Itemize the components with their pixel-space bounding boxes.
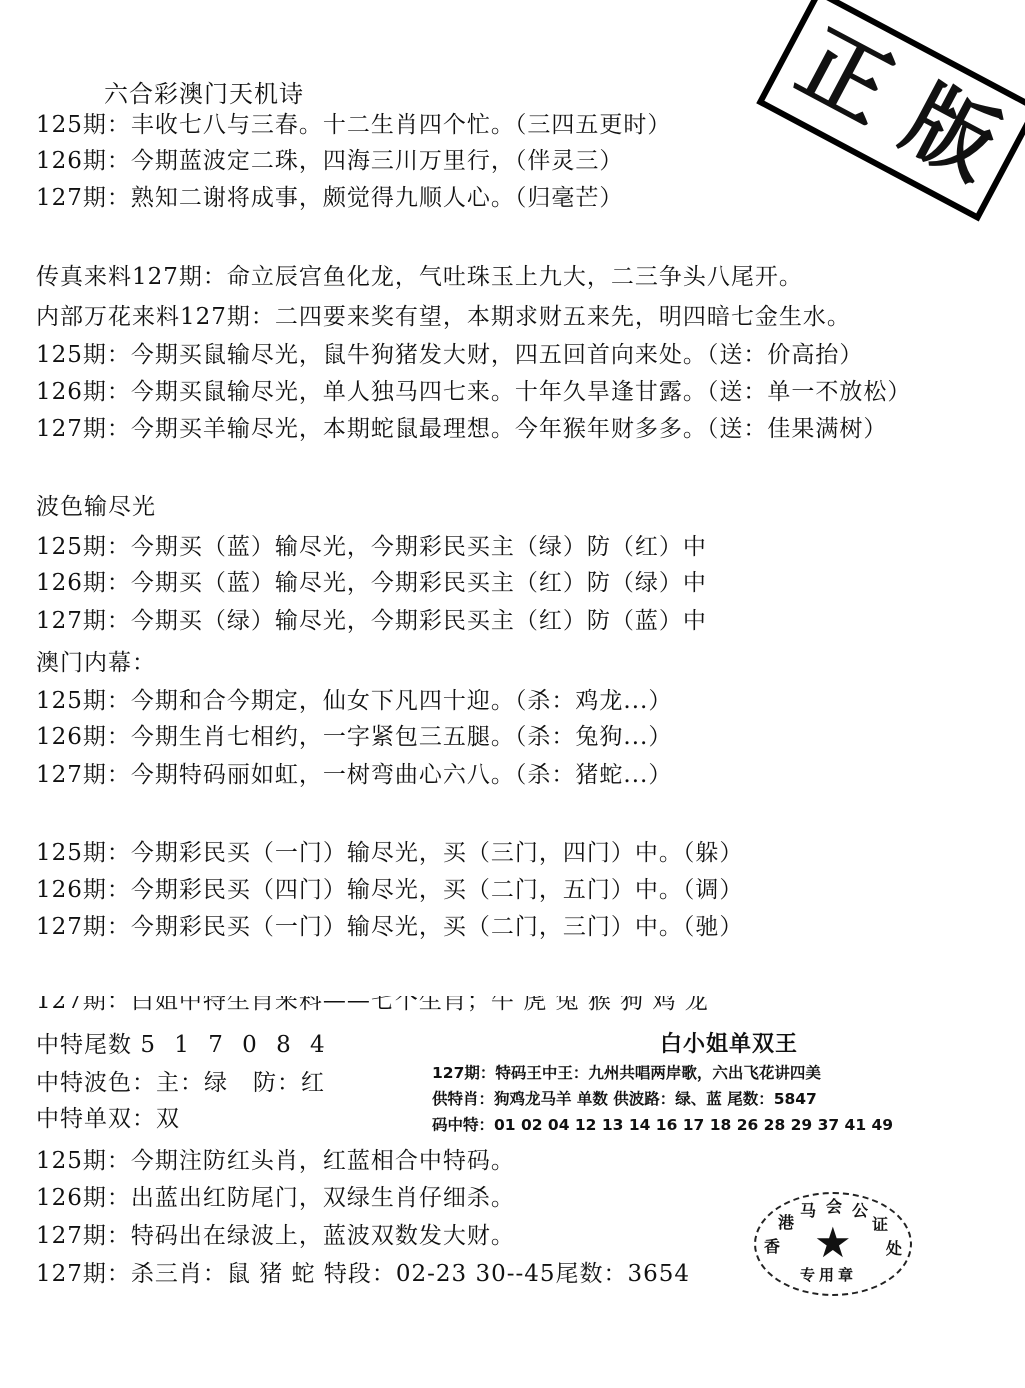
poem-line: 125期：丰收七八与三春。十二生肖四个忙。（三四五更时） [36, 110, 671, 140]
stamp-char: 版 [891, 74, 1010, 193]
gate-line: 125期：今期彩民买（一门）输尽光，买（三门，四门）中。（躲） [36, 838, 743, 868]
wave-line: 127期：今期买（绿）输尽光，今期彩民买主（红）防（蓝）中 [36, 606, 774, 636]
poem-line: 127期：熟知二谢将成事，颇觉得九顺人心。（归毫芒） [36, 183, 623, 213]
internal-material: 内部万花来料127期：二四要来奖有望，本期求财五来先，明四暗七金生水。 [36, 302, 851, 332]
wave-line: 125期：今期买（蓝）输尽光，今期彩民买主（绿）防（红）中 [36, 532, 774, 562]
star-icon: ★ [814, 1222, 852, 1264]
bai-xiaojie-line: 127期：特码王中王：九州共唱两岸歌，六出飞花讲四美 [432, 1062, 821, 1084]
poem-line: 126期：今期蓝波定二珠，四海三川万里行，（伴灵三） [36, 146, 623, 176]
baijie-zodiac-line: 127期：白姐中特生肖来料——七个生肖；牛 虎 兔 猴 狗 鸡 龙 [36, 996, 709, 1018]
final-line: 126期：出蓝出红防尾门，双绿生肖仔细杀。 [36, 1183, 515, 1213]
fax-material: 传真来料127期：命立辰宫鱼化龙，气吐珠玉上九大，二三争头八尾开。 [36, 262, 803, 292]
macau-heading: 澳门内幕： [36, 648, 156, 678]
stamp-char: 正 [786, 17, 905, 136]
page-title: 六合彩澳门天机诗 [104, 74, 304, 109]
final-line: 127期：杀三肖：鼠 猪 蛇 特段：02-23 30--45尾数：3654 [36, 1259, 690, 1289]
loss-line: 125期：今期买鼠输尽光，鼠牛狗猪发大财，四五回首向来处。（送：价高抬） [36, 340, 863, 370]
special-tail: 中特尾数 5 1 7 0 8 4 [36, 1030, 331, 1060]
bai-xiaojie-line: 码中特：01 02 04 12 13 14 16 17 18 26 28 29 … [432, 1114, 893, 1136]
final-line: 125期：今期注防红头肖，红蓝相合中特码。 [36, 1146, 515, 1176]
authentic-stamp: 正 版 [756, 0, 1025, 222]
gate-line: 127期：今期彩民买（一门）输尽光，买（二门，三门）中。（驰） [36, 912, 743, 942]
wave-line: 126期：今期买（蓝）输尽光，今期彩民买主（红）防（绿）中 [36, 568, 774, 598]
special-wave: 中特波色：主：绿 防：红 [36, 1068, 325, 1098]
official-seal: ★ 香 港 马 会 公 证 处 专用章 [754, 1192, 912, 1296]
special-oddeven: 中特单双：双 [36, 1104, 180, 1134]
macau-line: 127期：今期特码丽如虹，一树弯曲心六八。（杀：猪蛇...） [36, 760, 672, 790]
final-line: 127期：特码出在绿波上，蓝波双数发大财。 [36, 1221, 515, 1251]
bai-xiaojie-title: 白小姐单双王 [660, 1027, 798, 1058]
loss-line: 127期：今期买羊输尽光，本期蛇鼠最理想。今年猴年财多多。（送：佳果满树） [36, 414, 887, 444]
gate-line: 126期：今期彩民买（四门）输尽光，买（二门，五门）中。（调） [36, 875, 743, 905]
wave-heading: 波色输尽光 [36, 492, 156, 522]
loss-line: 126期：今期买鼠输尽光，单人独马四七来。十年久旱逢甘露。（送：单一不放松） [36, 377, 911, 407]
macau-line: 126期：今期生肖七相约，一字紧包三五腿。（杀：兔狗...） [36, 722, 672, 752]
bai-xiaojie-line: 供特肖：狗鸡龙马羊 单数 供波路：绿、蓝 尾数：5847 [432, 1088, 817, 1110]
macau-line: 125期：今期和合今期定，仙女下凡四十迎。（杀：鸡龙...） [36, 686, 672, 716]
